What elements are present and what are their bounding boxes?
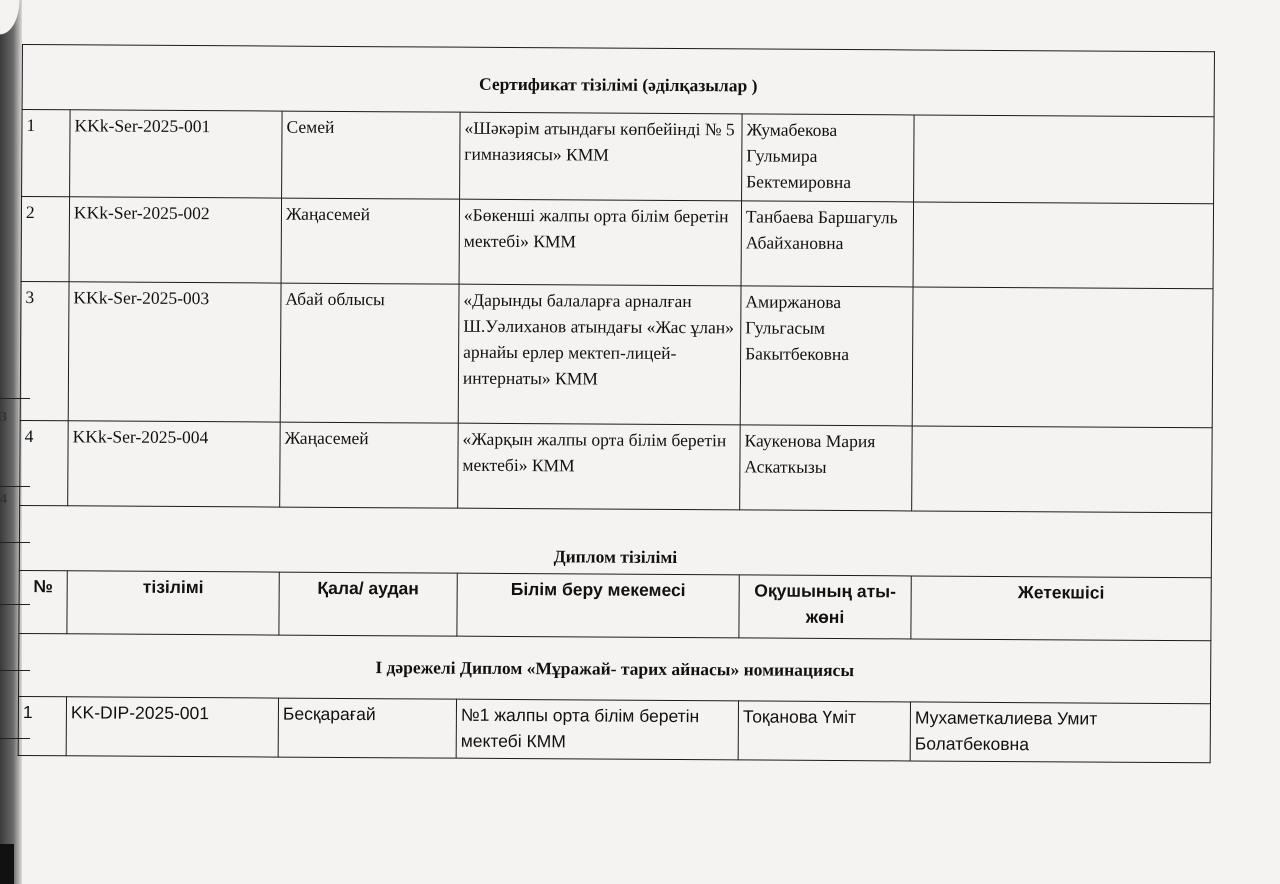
supervisor: Мухаметкалиева Умит Болатбековна bbox=[910, 702, 1210, 763]
city: Жаңасемей bbox=[281, 198, 460, 284]
supervisor bbox=[914, 115, 1215, 204]
register-code: KKk-Ser-2025-004 bbox=[68, 421, 281, 507]
table-row: 2 KKk-Ser-2025-002 Жаңасемей «Бөкенші жа… bbox=[21, 197, 1213, 289]
person-name: Танбаева Баршагуль Абайхановна bbox=[741, 201, 914, 287]
row-number: 4 bbox=[20, 420, 69, 505]
column-header-number: № bbox=[19, 570, 67, 633]
city: Жаңасемей bbox=[280, 422, 459, 508]
column-header-city: Қала/ аудан bbox=[279, 572, 457, 636]
institution: №1 жалпы орта білім беретін мектебі КММ bbox=[456, 699, 738, 760]
table-row: 1 KK-DIP-2025-001 Бесқарағай №1 жалпы ор… bbox=[18, 696, 1210, 762]
column-header-register: тізілімі bbox=[67, 571, 279, 635]
supervisor bbox=[912, 287, 1213, 428]
row-number: 3 bbox=[20, 281, 69, 420]
institution: «Дарынды балаларға арналған Ш.Уәлиханов … bbox=[458, 284, 741, 425]
row-number: 2 bbox=[21, 197, 70, 282]
institution: «Шәкәрім атындағы көпбейінді № 5 гимнази… bbox=[460, 112, 743, 201]
nomination-title: І дәрежелі Диплом «Мұражай- тарих айнасы… bbox=[19, 633, 1211, 703]
register-code: KKk-Ser-2025-001 bbox=[70, 110, 283, 198]
person-name: Жумабекова Гульмира Бектемировна bbox=[742, 114, 915, 202]
certificate-register-title: Сертификат тізілімі (әділқазылар ) bbox=[22, 45, 1214, 117]
person-name: Амиржанова Гульгасым Бакытбековна bbox=[740, 286, 913, 426]
row-number: 1 bbox=[22, 110, 71, 197]
table-row: 1 KKk-Ser-2025-001 Семей «Шәкәрім атында… bbox=[22, 110, 1215, 204]
column-header-supervisor: Жетекшісі bbox=[911, 576, 1211, 641]
register-code: KKk-Ser-2025-002 bbox=[69, 197, 282, 283]
column-header-student: Оқушының аты-жөні bbox=[739, 575, 911, 639]
supervisor bbox=[913, 202, 1214, 289]
background-margin-digit: 3 bbox=[0, 410, 7, 426]
row-number: 1 bbox=[18, 696, 66, 755]
student-name: Тоқанова Үміт bbox=[738, 701, 910, 761]
institution: «Бөкенші жалпы орта білім беретін мектеб… bbox=[459, 199, 742, 286]
table-row: 3 KKk-Ser-2025-003 Абай облысы «Дарынды … bbox=[20, 281, 1213, 427]
city: Абай облысы bbox=[280, 283, 459, 423]
supervisor bbox=[912, 426, 1213, 513]
city: Семей bbox=[282, 111, 461, 199]
document-sheet: Сертификат тізілімі (әділқазылар ) 1 KKk… bbox=[18, 44, 1214, 763]
table-row: 4 KKk-Ser-2025-004 Жаңасемей «Жарқын жал… bbox=[20, 420, 1212, 512]
city: Бесқарағай bbox=[278, 698, 456, 758]
institution: «Жарқын жалпы орта білім беретін мектебі… bbox=[458, 423, 741, 510]
table-header-row: № тізілімі Қала/ аудан Білім беру мекеме… bbox=[19, 570, 1211, 640]
diploma-register-title: Диплом тізілімі bbox=[19, 505, 1211, 577]
background-shadow bbox=[0, 844, 14, 884]
column-header-institution: Білім беру мекемесі bbox=[457, 573, 739, 638]
register-table: Сертификат тізілімі (әділқазылар ) 1 KKk… bbox=[18, 44, 1215, 763]
register-code: KKk-Ser-2025-003 bbox=[68, 282, 281, 422]
register-code: KK-DIP-2025-001 bbox=[66, 697, 278, 757]
background-margin-digit: 4 bbox=[0, 492, 7, 508]
person-name: Каукенова Мария Аскаткызы bbox=[740, 425, 913, 511]
